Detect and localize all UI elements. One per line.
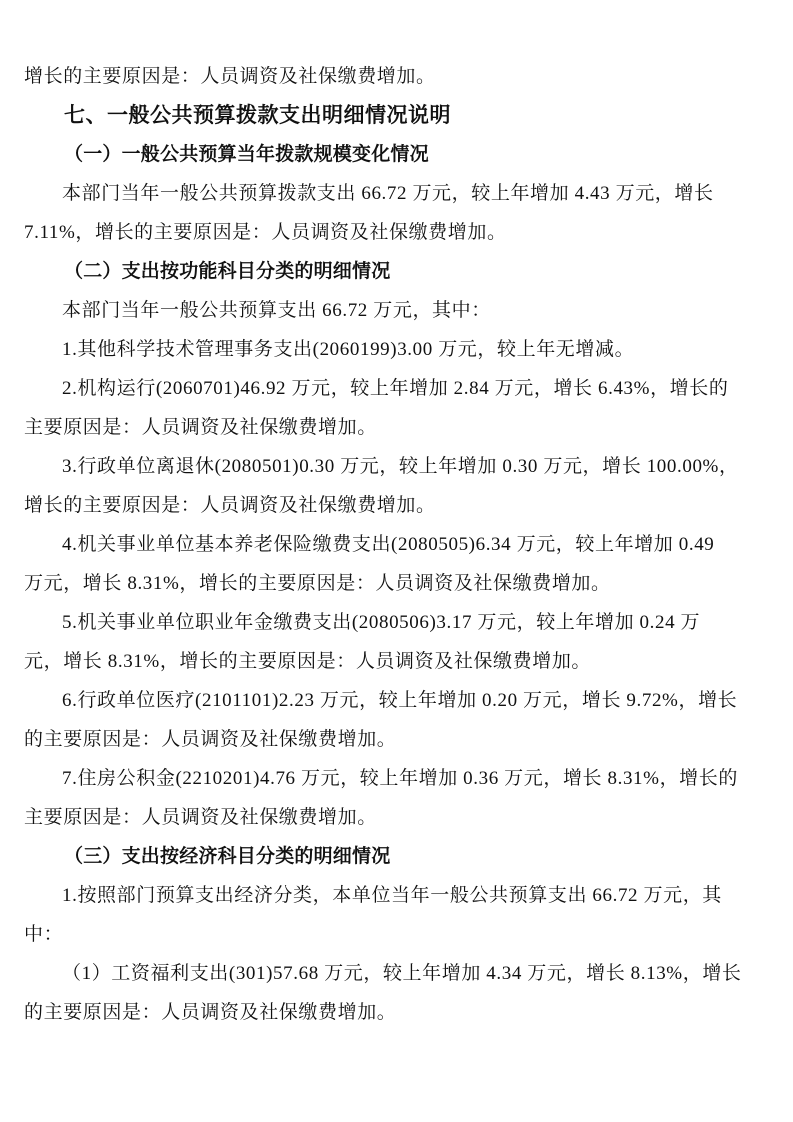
paragraph-continuation-line: 7.11%，增长的主要原因是：人员调资及社保缴费增加。 bbox=[24, 213, 771, 252]
paragraph-continuation-line: 主要原因是：人员调资及社保缴费增加。 bbox=[24, 798, 771, 837]
paragraph-continuation-line: 的主要原因是：人员调资及社保缴费增加。 bbox=[24, 720, 771, 759]
paragraph-continuation-line: 元，增长 8.31%，增长的主要原因是：人员调资及社保缴费增加。 bbox=[24, 642, 771, 681]
paragraph-line: 4.机关事业单位基本养老保险缴费支出(2080505)6.34 万元，较上年增加… bbox=[24, 525, 771, 564]
paragraph-continuation-line: 的主要原因是：人员调资及社保缴费增加。 bbox=[24, 993, 771, 1032]
subsection-heading: （三）支出按经济科目分类的明细情况 bbox=[24, 837, 771, 876]
paragraph-continuation-line: 增长的主要原因是：人员调资及社保缴费增加。 bbox=[24, 486, 771, 525]
document-page: 增长的主要原因是：人员调资及社保缴费增加。 七、一般公共预算拨款支出明细情况说明… bbox=[0, 0, 793, 1122]
paragraph-line: 本部门当年一般公共预算拨款支出 66.72 万元，较上年增加 4.43 万元，增… bbox=[24, 174, 771, 213]
paragraph-line: 1.按照部门预算支出经济分类，本单位当年一般公共预算支出 66.72 万元，其 bbox=[24, 876, 771, 915]
paragraph-continuation-line: 中： bbox=[24, 915, 771, 954]
paragraph-continuation-line: 主要原因是：人员调资及社保缴费增加。 bbox=[24, 408, 771, 447]
subsection-heading: （二）支出按功能科目分类的明细情况 bbox=[24, 252, 771, 291]
paragraph-line: 1.其他科学技术管理事务支出(2060199)3.00 万元，较上年无增减。 bbox=[24, 330, 771, 369]
paragraph-line: 2.机构运行(2060701)46.92 万元，较上年增加 2.84 万元，增长… bbox=[24, 369, 771, 408]
paragraph-line: 6.行政单位医疗(2101101)2.23 万元，较上年增加 0.20 万元，增… bbox=[24, 681, 771, 720]
paragraph-line: 7.住房公积金(2210201)4.76 万元，较上年增加 0.36 万元，增长… bbox=[24, 759, 771, 798]
section-heading: 七、一般公共预算拨款支出明细情况说明 bbox=[24, 96, 771, 135]
paragraph-line: 5.机关事业单位职业年金缴费支出(2080506)3.17 万元，较上年增加 0… bbox=[24, 603, 771, 642]
subsection-heading: （一）一般公共预算当年拨款规模变化情况 bbox=[24, 135, 771, 174]
paragraph-continuation-line: 万元，增长 8.31%，增长的主要原因是：人员调资及社保缴费增加。 bbox=[24, 564, 771, 603]
paragraph-line: 本部门当年一般公共预算支出 66.72 万元，其中： bbox=[24, 291, 771, 330]
paragraph-line: 3.行政单位离退休(2080501)0.30 万元，较上年增加 0.30 万元，… bbox=[24, 447, 771, 486]
paragraph-continuation-line: 增长的主要原因是：人员调资及社保缴费增加。 bbox=[24, 57, 771, 96]
paragraph-line: （1）工资福利支出(301)57.68 万元，较上年增加 4.34 万元，增长 … bbox=[24, 954, 771, 993]
